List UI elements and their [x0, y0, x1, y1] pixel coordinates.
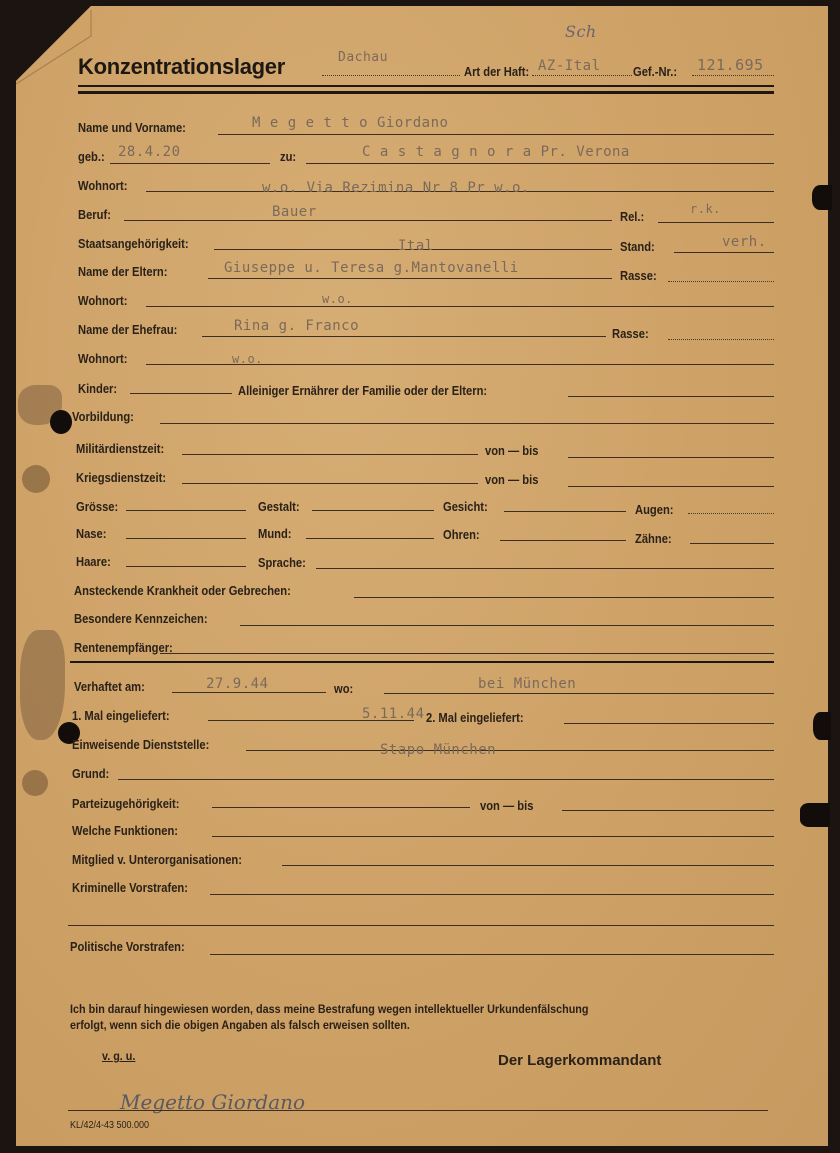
gef-label: Gef.-Nr.:: [633, 64, 677, 79]
grund-label: Grund:: [72, 766, 109, 781]
nase-label: Nase:: [76, 526, 106, 541]
beruf-value: Bauer: [272, 204, 317, 220]
header-rule-top: [78, 85, 774, 87]
gestalt-label: Gestalt:: [258, 499, 300, 514]
stain-circle: [22, 465, 50, 493]
document-paper: [16, 6, 828, 1146]
rasse1-label: Rasse:: [620, 268, 657, 283]
mal1-value: 5.11.44: [362, 706, 425, 722]
gef-line: [692, 75, 774, 76]
zu-line: [306, 163, 774, 164]
militaer-vonbis-label: von — bis: [485, 443, 538, 458]
stand-label: Stand:: [620, 239, 655, 254]
edge-tear: [813, 712, 831, 740]
militaer-vonbis-line: [568, 457, 774, 458]
kennzeichen-label: Besondere Kennzeichen:: [74, 611, 208, 626]
beruf-label: Beruf:: [78, 207, 111, 222]
sprache-label: Sprache:: [258, 555, 306, 570]
beruf-line: [124, 220, 612, 221]
zaehne-line: [690, 543, 774, 544]
geb-label: geb.:: [78, 149, 105, 164]
name-label: Name und Vorname:: [78, 120, 186, 135]
staat-label: Staatsangehörigkeit:: [78, 236, 189, 251]
zu-value: C a s t a g n o r a Pr. Verona: [362, 144, 630, 160]
wohnort1-value: w.o. Via Rezimina Nr 8 Pr w.o.: [262, 180, 530, 196]
stand-value: verh.: [722, 234, 767, 250]
declaration-line-1: Ich bin darauf hingewiesen worden, dass …: [70, 1002, 589, 1016]
stand-line: [674, 252, 774, 253]
dienststelle-line: [246, 750, 774, 751]
ehefrau-line: [202, 336, 606, 337]
wohnort2-value: w.o.: [322, 292, 353, 306]
wohnort3-label: Wohnort:: [78, 351, 127, 366]
mal2-line: [564, 723, 774, 724]
augen-label: Augen:: [635, 502, 674, 517]
geb-line: [110, 163, 270, 164]
politisch-label: Politische Vorstrafen:: [70, 939, 185, 954]
rasse1-line: [668, 281, 774, 282]
haare-line: [126, 566, 246, 567]
unterorg-line: [282, 865, 774, 866]
wohnort2-label: Wohnort:: [78, 293, 127, 308]
gesicht-label: Gesicht:: [443, 499, 488, 514]
mal1-label: 1. Mal eingeliefert:: [72, 708, 170, 723]
zu-label: zu:: [280, 149, 296, 164]
edge-tear: [800, 803, 830, 827]
ohren-line: [500, 540, 626, 541]
kriminell-line: [210, 894, 774, 895]
rasse2-line: [668, 339, 774, 340]
edge-tear: [812, 185, 832, 210]
wo-label: wo:: [334, 681, 353, 696]
mund-label: Mund:: [258, 526, 292, 541]
augen-line: [688, 513, 774, 514]
ehefrau-label: Name der Ehefrau:: [78, 322, 177, 337]
krieg-vonbis-line: [568, 486, 774, 487]
kriminell-line-2: [68, 925, 774, 926]
wo-value: bei München: [478, 676, 576, 692]
gestalt-line: [312, 510, 434, 511]
militaer-label: Militärdienstzeit:: [76, 441, 164, 456]
haft-correction: Sch: [565, 22, 597, 41]
punch-hole: [50, 410, 72, 434]
sprache-line: [316, 568, 774, 569]
unterorg-label: Mitglied v. Unterorganisationen:: [72, 852, 242, 867]
eltern-line: [208, 278, 612, 279]
mund-line: [306, 538, 434, 539]
partei-vonbis-label: von — bis: [480, 798, 533, 813]
haft-line: [532, 75, 632, 76]
declaration-line-2: erfolgt, wenn sich die obigen Angaben al…: [70, 1018, 410, 1032]
nase-line: [126, 538, 246, 539]
rel-label: Rel.:: [620, 209, 644, 224]
name-line: [218, 134, 774, 135]
vorbildung-label: Vorbildung:: [72, 409, 134, 424]
wohnort1-label: Wohnort:: [78, 178, 127, 193]
ernaehrer-label: Alleiniger Ernährer der Familie oder der…: [238, 383, 487, 398]
camp-value: Dachau: [338, 50, 388, 65]
eltern-label: Name der Eltern:: [78, 264, 167, 279]
politisch-line: [210, 954, 774, 955]
partei-vonbis-line: [562, 810, 774, 811]
geb-value: 28.4.20: [118, 144, 181, 160]
rente-label: Rentenempfänger:: [74, 640, 173, 655]
wohnort2-line: [146, 306, 774, 307]
rente-line: [160, 653, 774, 654]
signature-line: [68, 1110, 768, 1111]
groesse-label: Grösse:: [76, 499, 118, 514]
form-code: KL/42/4-43 500.000: [70, 1120, 149, 1131]
form-title: Konzentrationslager: [78, 54, 285, 80]
groesse-line: [126, 510, 246, 511]
haft-value: AZ-Ital: [538, 58, 601, 74]
staat-value: Ital: [398, 238, 434, 254]
gef-value: 121.695: [697, 56, 764, 74]
verhaftet-line: [172, 692, 326, 693]
krieg-label: Kriegsdienstzeit:: [76, 470, 166, 485]
section-rule: [70, 661, 774, 663]
haare-label: Haare:: [76, 554, 111, 569]
rel-value: r.k.: [690, 202, 721, 216]
camp-line: [322, 75, 460, 76]
water-stain: [20, 630, 65, 740]
mal2-label: 2. Mal eingeliefert:: [426, 710, 524, 725]
vgu-label: v. g. u.: [102, 1049, 135, 1063]
dienststelle-value: Stapo München: [380, 742, 496, 758]
rel-line: [658, 222, 774, 223]
gesicht-line: [504, 511, 626, 512]
ohren-label: Ohren:: [443, 527, 480, 542]
funktionen-line: [212, 836, 774, 837]
kommandant-label: Der Lagerkommandant: [498, 1052, 661, 1069]
dienststelle-label: Einweisende Dienststelle:: [72, 737, 209, 752]
krankheit-line: [354, 597, 774, 598]
wo-line: [384, 693, 774, 694]
kriminell-label: Kriminelle Vorstrafen:: [72, 880, 188, 895]
militaer-line: [182, 454, 478, 455]
krankheit-label: Ansteckende Krankheit oder Gebrechen:: [74, 583, 291, 598]
ernaehrer-line: [568, 396, 774, 397]
kennzeichen-line: [240, 625, 774, 626]
haft-label: Art der Haft:: [464, 64, 529, 79]
partei-line: [212, 807, 470, 808]
ehefrau-value: Rina g. Franco: [234, 318, 359, 334]
kinder-line: [130, 393, 232, 394]
wohnort3-value: w.o.: [232, 352, 263, 366]
zaehne-label: Zähne:: [635, 531, 672, 546]
eltern-value: Giuseppe u. Teresa g.Mantovanelli: [224, 260, 519, 276]
rasse2-label: Rasse:: [612, 326, 649, 341]
header-rule-bottom: [78, 91, 774, 94]
partei-label: Parteizugehörigkeit:: [72, 796, 179, 811]
krieg-line: [182, 483, 478, 484]
verhaftet-label: Verhaftet am:: [74, 679, 145, 694]
krieg-vonbis-label: von — bis: [485, 472, 538, 487]
stain-circle: [22, 770, 48, 796]
vorbildung-line: [160, 423, 774, 424]
verhaftet-value: 27.9.44: [206, 676, 269, 692]
grund-line: [118, 779, 774, 780]
funktionen-label: Welche Funktionen:: [72, 823, 178, 838]
name-value: M e g e t t o Giordano: [252, 115, 448, 131]
kinder-label: Kinder:: [78, 381, 117, 396]
